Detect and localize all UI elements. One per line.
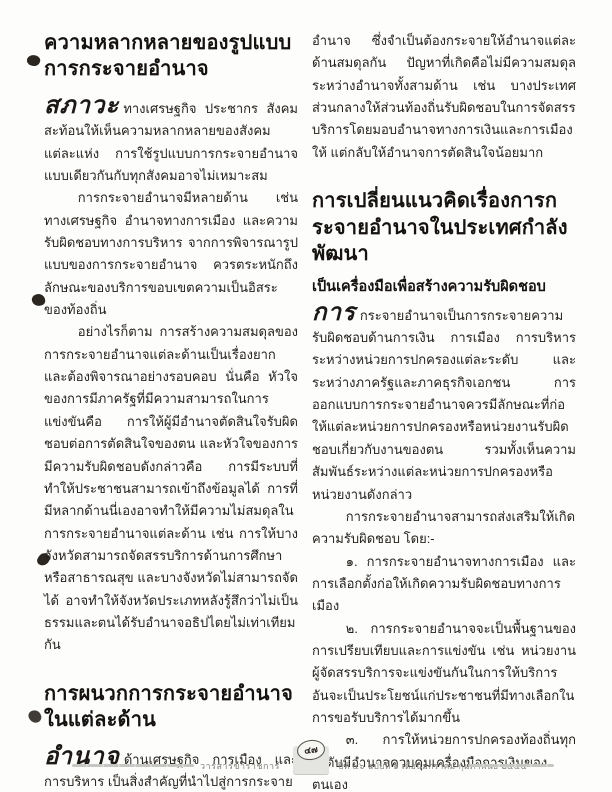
paragraph: อำนาจ ซึ่งจำเป็นต้องกระจายให้อำนาจแต่ละด…: [312, 30, 576, 164]
subheading-accountability-tool: เป็นเครื่องมือเพื่อสร้างความรับผิดชอบ: [312, 277, 576, 297]
page-footer: วารสารข้าราชการ ๔๗ ปีที่ ๔๖ ฉบับที่ ๑ เด…: [0, 744, 612, 788]
journal-name: วารสารข้าราชการ: [200, 759, 280, 773]
section-heading-diversity: ความหลากหลายของรูปแบบการกระจายอำนาจ: [44, 30, 298, 83]
left-column: ความหลากหลายของรูปแบบการกระจายอำนาจ สภาว…: [44, 30, 298, 792]
list-item: ๒. การกระจายอำนาจจะเป็นพื้นฐานของการเปรี…: [312, 618, 576, 730]
page-number-badge: ๔๗: [293, 746, 329, 774]
paragraph: อย่างไรก็ตาม การสร้างความสมดุลของการกระจ…: [44, 321, 298, 656]
paragraph: การกระจายอำนาจมีหลายด้าน เช่น ทางเศรษฐกิ…: [44, 187, 298, 321]
ink-speck: [27, 708, 44, 725]
section-heading-integration: การผนวกการกระจายอำนาจในแต่ละด้าน: [44, 681, 298, 734]
list-item: ๑. การกระจายอำนาจทางการเมือง และการเลือก…: [312, 551, 576, 618]
scanned-journal-page: ความหลากหลายของรูปแบบการกระจายอำนาจ สภาว…: [0, 0, 612, 792]
drop-word: สภาวะ: [44, 90, 123, 119]
footer-divider-line: [468, 764, 554, 767]
paragraph: การกระจายอำนาจเป็นการกระจายความรับผิดชอบ…: [312, 300, 576, 506]
drop-word: การ: [312, 297, 360, 326]
ink-speck: [26, 53, 42, 68]
footer-divider-line: [72, 764, 194, 767]
right-column: อำนาจ ซึ่งจำเป็นต้องกระจายให้อำนาจแต่ละด…: [312, 30, 576, 792]
paragraph: การกระจายอำนาจสามารถส่งเสริมให้เกิดความร…: [312, 506, 576, 551]
page-number: ๔๗: [296, 738, 327, 762]
paragraph: สภาวะทางเศรษฐกิจ ประชากร สังคมสะท้อนให้เ…: [44, 93, 298, 187]
paragraph-text: กระจายอำนาจเป็นการกระจายความรับผิดชอบด้า…: [312, 308, 576, 502]
section-heading-changing-concept: การเปลี่ยนแนวคิดเรื่องการกระจายอำนาจในปร…: [312, 188, 576, 267]
